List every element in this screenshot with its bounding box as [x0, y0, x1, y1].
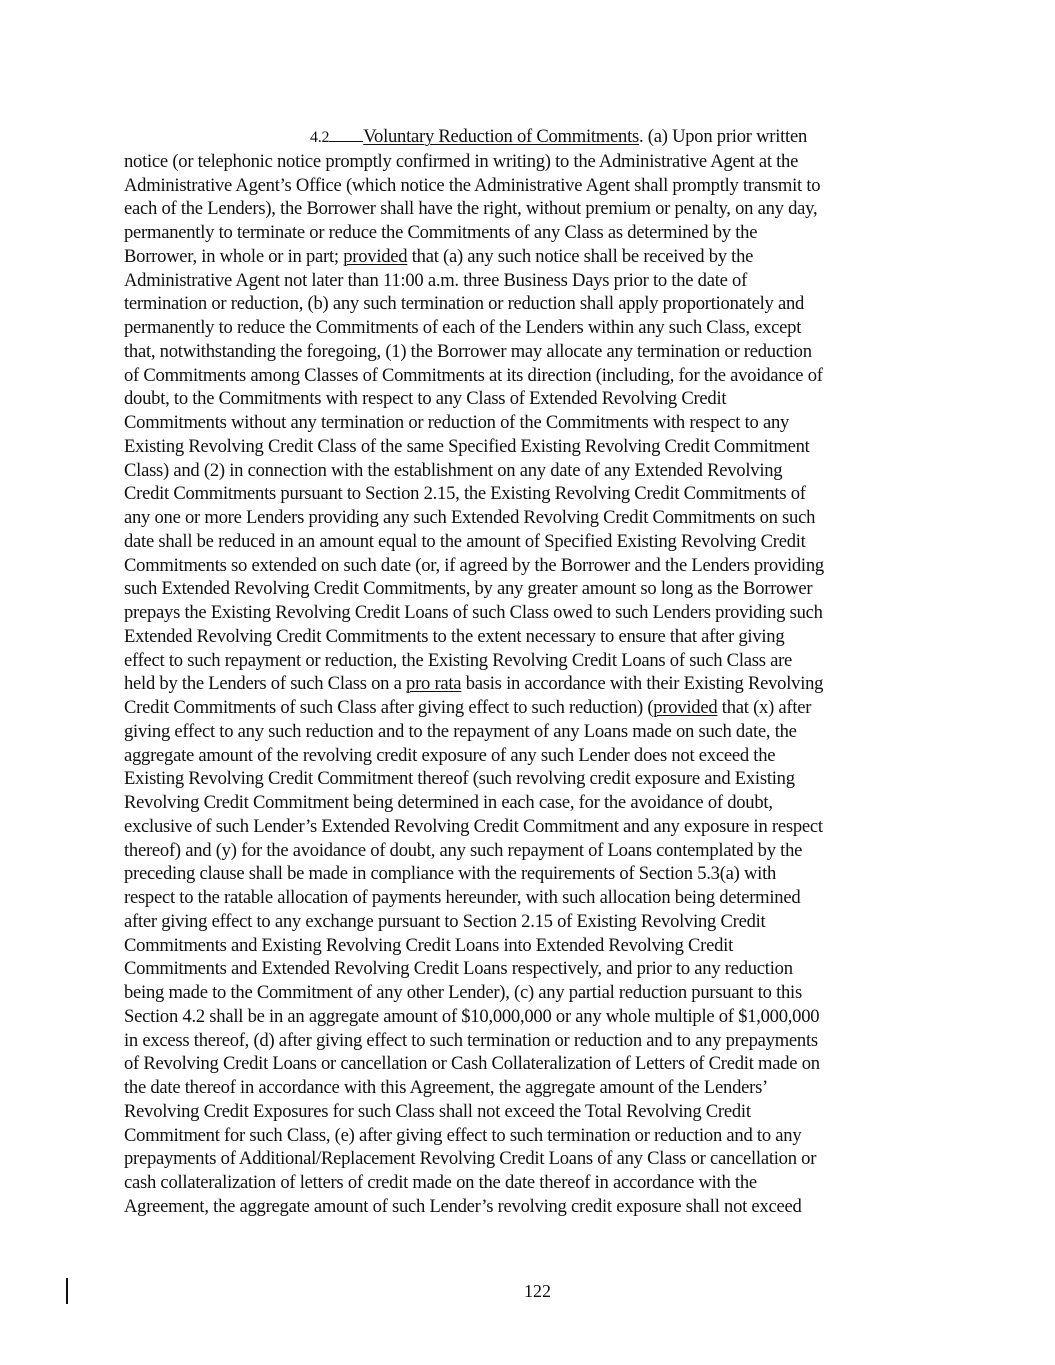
body-line: Revolving Credit Exposures for such Clas…: [124, 1100, 929, 1124]
body-line: Commitments and Existing Revolving Credi…: [124, 934, 929, 958]
section-number: 4.2: [310, 129, 329, 146]
body-line: preceding clause shall be made in compli…: [124, 862, 929, 886]
body-line: Administrative Agent not later than 11:0…: [124, 269, 929, 293]
body-line: Commitments so extended on such date (or…: [124, 554, 929, 578]
body-line: Commitment for such Class, (e) after giv…: [124, 1124, 929, 1148]
body-line: thereof) and (y) for the avoidance of do…: [124, 839, 929, 863]
body-line: Agreement, the aggregate amount of such …: [124, 1195, 929, 1219]
body-line: Credit Commitments of such Class after g…: [124, 696, 929, 720]
line-text: Credit Commitments of such Class after g…: [124, 697, 653, 718]
body-line: Class) and (2) in connection with the es…: [124, 459, 929, 483]
body-line: Commitments without any termination or r…: [124, 411, 929, 435]
body-line: prepayments of Additional/Replacement Re…: [124, 1147, 929, 1171]
body-line: held by the Lenders of such Class on a p…: [124, 672, 929, 696]
section-body: 4.2Voluntary Reduction of Commitments. (…: [124, 125, 929, 1219]
line-text: held by the Lenders of such Class on a: [124, 673, 406, 694]
body-line: effect to such repayment or reduction, t…: [124, 649, 929, 673]
body-line: being made to the Commitment of any othe…: [124, 981, 929, 1005]
body-line: that, notwithstanding the foregoing, (1)…: [124, 340, 929, 364]
body-line: permanently to terminate or reduce the C…: [124, 221, 929, 245]
body-line: termination or reduction, (b) any such t…: [124, 292, 929, 316]
body-line: of Revolving Credit Loans or cancellatio…: [124, 1052, 929, 1076]
underlined-term: pro rata: [406, 673, 461, 694]
body-line: date shall be reduced in an amount equal…: [124, 530, 929, 554]
body-line: Borrower, in whole or in part; provided …: [124, 245, 929, 269]
body-line: any one or more Lenders providing any su…: [124, 506, 929, 530]
line-text: that (x) after: [717, 697, 811, 718]
body-line: Commitments and Extended Revolving Credi…: [124, 957, 929, 981]
body-line: respect to the ratable allocation of pay…: [124, 886, 929, 910]
body-line: notice (or telephonic notice promptly co…: [124, 150, 929, 174]
body-line: such Extended Revolving Credit Commitmen…: [124, 577, 929, 601]
body-line: Credit Commitments pursuant to Section 2…: [124, 482, 929, 506]
body-line: Revolving Credit Commitment being determ…: [124, 791, 929, 815]
body-line: of Commitments among Classes of Commitme…: [124, 364, 929, 388]
body-line: cash collateralization of letters of cre…: [124, 1171, 929, 1195]
body-line: Existing Revolving Credit Commitment the…: [124, 767, 929, 791]
body-line: doubt, to the Commitments with respect t…: [124, 387, 929, 411]
page-number: 122: [0, 1281, 1055, 1302]
line-text: Borrower, in whole or in part;: [124, 246, 343, 267]
line-text: that (a) any such notice shall be receiv…: [407, 246, 753, 267]
body-line: Administrative Agent’s Office (which not…: [124, 174, 929, 198]
body-line: Section 4.2 shall be in an aggregate amo…: [124, 1005, 929, 1029]
body-line: giving effect to any such reduction and …: [124, 720, 929, 744]
underlined-term: provided: [653, 697, 717, 718]
document-page: 4.2Voluntary Reduction of Commitments. (…: [0, 0, 1055, 1365]
body-line: Existing Revolving Credit Class of the s…: [124, 435, 929, 459]
body-line: exclusive of such Lender’s Extended Revo…: [124, 815, 929, 839]
body-line: each of the Lenders), the Borrower shall…: [124, 197, 929, 221]
body-line: the date thereof in accordance with this…: [124, 1076, 929, 1100]
section-title: Voluntary Reduction of Commitments: [363, 126, 639, 147]
body-line: Extended Revolving Credit Commitments to…: [124, 625, 929, 649]
section-title-suffix: . (a) Upon prior written: [639, 126, 807, 147]
body-line: after giving effect to any exchange purs…: [124, 910, 929, 934]
underlined-term: provided: [343, 246, 407, 267]
line-text: basis in accordance with their Existing …: [461, 673, 823, 694]
body-line: permanently to reduce the Commitments of…: [124, 316, 929, 340]
body-lines: notice (or telephonic notice promptly co…: [124, 150, 929, 1219]
section-heading-line: 4.2Voluntary Reduction of Commitments. (…: [124, 125, 929, 150]
body-line: in excess thereof, (d) after giving effe…: [124, 1029, 929, 1053]
heading-tab-underline: [329, 127, 363, 142]
body-line: aggregate amount of the revolving credit…: [124, 744, 929, 768]
body-line: prepays the Existing Revolving Credit Lo…: [124, 601, 929, 625]
